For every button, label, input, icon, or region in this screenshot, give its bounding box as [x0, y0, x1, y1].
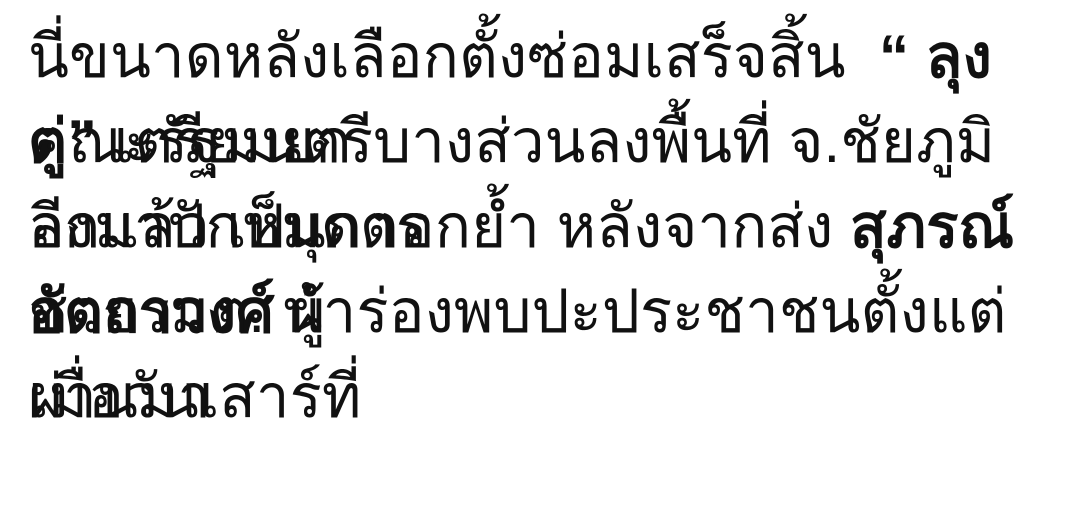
text-line: คณะรัฐมนตรีบางส่วนลงพื้นที่ จ.ชัยภูมิอีก…: [28, 99, 1048, 184]
post-paragraph: นี่ขนาดหลังเลือกตั้งซ่อมเสร็จสิ้น “ ลุงต…: [28, 14, 1048, 439]
text-segment: ลงมาปักหมุดตอกย้ำ หลังจากส่ง: [28, 193, 850, 260]
text-segment: นี่ขนาดหลังเลือกตั้งซ่อมเสร็จสิ้น: [28, 23, 879, 90]
text-line: ช่วยรมต. นำร่องพบปะประชาชนตั้งแต่เมื่อวั…: [28, 269, 1048, 354]
text-line: ผ่านมา: [28, 354, 1048, 439]
text-line: ลงมาปักหมุดตอกย้ำ หลังจากส่ง สุภรณ์ อัตถ…: [28, 184, 1048, 269]
text-line: นี่ขนาดหลังเลือกตั้งซ่อมเสร็จสิ้น “ ลุงต…: [28, 14, 1048, 99]
text-segment: ผ่านมา: [28, 363, 211, 430]
